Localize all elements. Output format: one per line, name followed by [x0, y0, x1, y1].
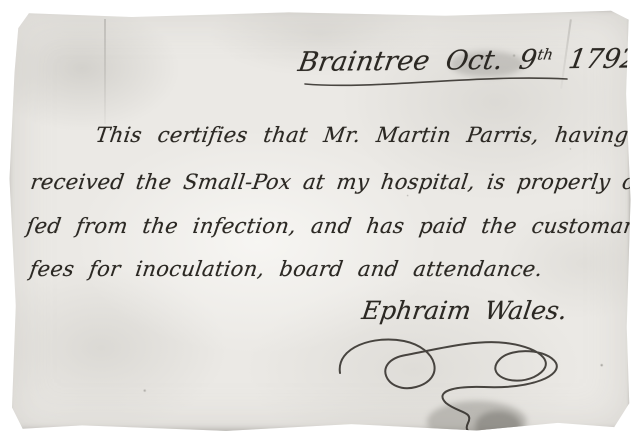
dateline-ordinal-suffix: th	[536, 45, 555, 63]
signature-name: Ephraim Wales.	[360, 296, 569, 325]
paper-sheet: Braintree Oct. 9th 1792. — This certifie…	[7, 9, 633, 433]
dateline-underline-flourish	[303, 69, 571, 89]
body-line: received the Small-Pox at my hospital, i…	[29, 170, 640, 194]
body-line: fees for inoculation, board and attendan…	[28, 257, 544, 281]
signature-flourish	[332, 331, 567, 442]
body-line: ſed from the infection, and has paid the…	[25, 214, 640, 238]
dateline-year: 1792.	[566, 43, 640, 75]
document-scan: Braintree Oct. 9th 1792. — This certifie…	[0, 0, 640, 442]
paper-crease	[104, 19, 106, 124]
body-line: This certifies that Mr. Martin Parris, h…	[94, 123, 630, 147]
